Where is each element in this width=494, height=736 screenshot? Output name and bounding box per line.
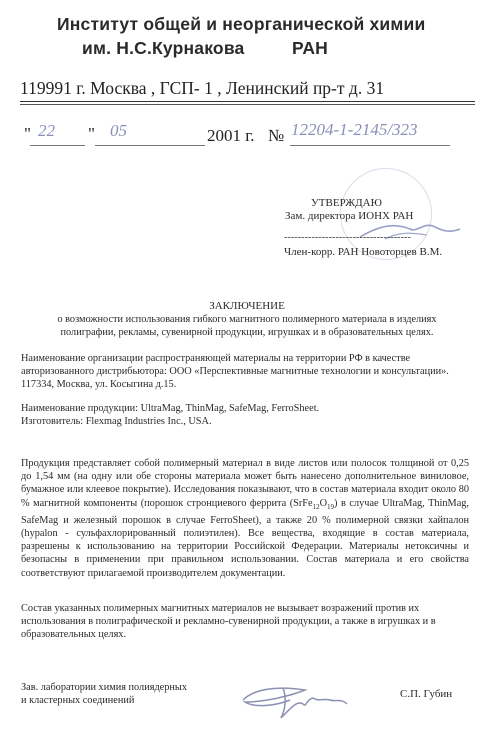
conclusion-subtitle-line1: о возможности использования гибкого магн… (0, 313, 494, 326)
body-paragraph-1-text-b: ) в случае UltraMag, ThinMag, SafeMag и … (21, 498, 469, 579)
body-paragraph-2: Состав указанных полимерных магнитных ма… (21, 602, 469, 642)
address-rule-top (20, 101, 475, 102)
approval-signature-line: ------------------------------------- (284, 231, 411, 244)
formula-oxygen: O (320, 498, 327, 509)
manufacturer: Изготовитель: Flexmag Industries Inc., U… (21, 415, 212, 428)
approval-signatory: Член-корр. РАН Новоторцев В.М. (284, 246, 442, 259)
number-underline (290, 145, 450, 146)
footer-signatory: С.П. Губин (400, 688, 452, 701)
distributor-info: Наименование организации распространяюще… (21, 352, 461, 392)
footer-signature (235, 678, 355, 723)
date-quote-close: " (88, 124, 95, 144)
date-year: 2001 г. (207, 126, 255, 146)
institute-name-line2: им. Н.С.Курнакова (82, 38, 244, 59)
approval-title: УТВЕРЖДАЮ (311, 197, 382, 210)
number-label: № (268, 126, 284, 146)
footer-position-line2: и кластерных соединений (21, 694, 134, 707)
institute-address: 119991 г. Москва , ГСП- 1 , Ленинский пр… (20, 78, 384, 99)
conclusion-subtitle-line2: полиграфии, рекламы, сувенирной продукци… (0, 326, 494, 339)
document-number: 12204-1-2145/323 (291, 120, 418, 140)
body-paragraph-1: Продукция представляет собой полимерный … (21, 457, 469, 580)
formula-subscript-1: 12 (313, 503, 320, 511)
product-names: Наименование продукции: UltraMag, ThinMa… (21, 402, 319, 415)
date-month: 05 (110, 121, 127, 141)
address-rule-bottom (20, 104, 475, 105)
conclusion-title: ЗАКЛЮЧЕНИЕ (0, 300, 494, 313)
day-underline (30, 145, 85, 146)
date-quote-open: " (24, 124, 31, 144)
month-underline (95, 145, 205, 146)
institute-academy: РАН (292, 38, 328, 59)
formula-subscript-2: 19 (327, 503, 334, 511)
date-day: 22 (38, 121, 55, 141)
footer-position-line1: Зав. лаборатории химия полиядерных (21, 681, 187, 694)
institute-name-line1: Институт общей и неорганической химии (57, 14, 425, 35)
